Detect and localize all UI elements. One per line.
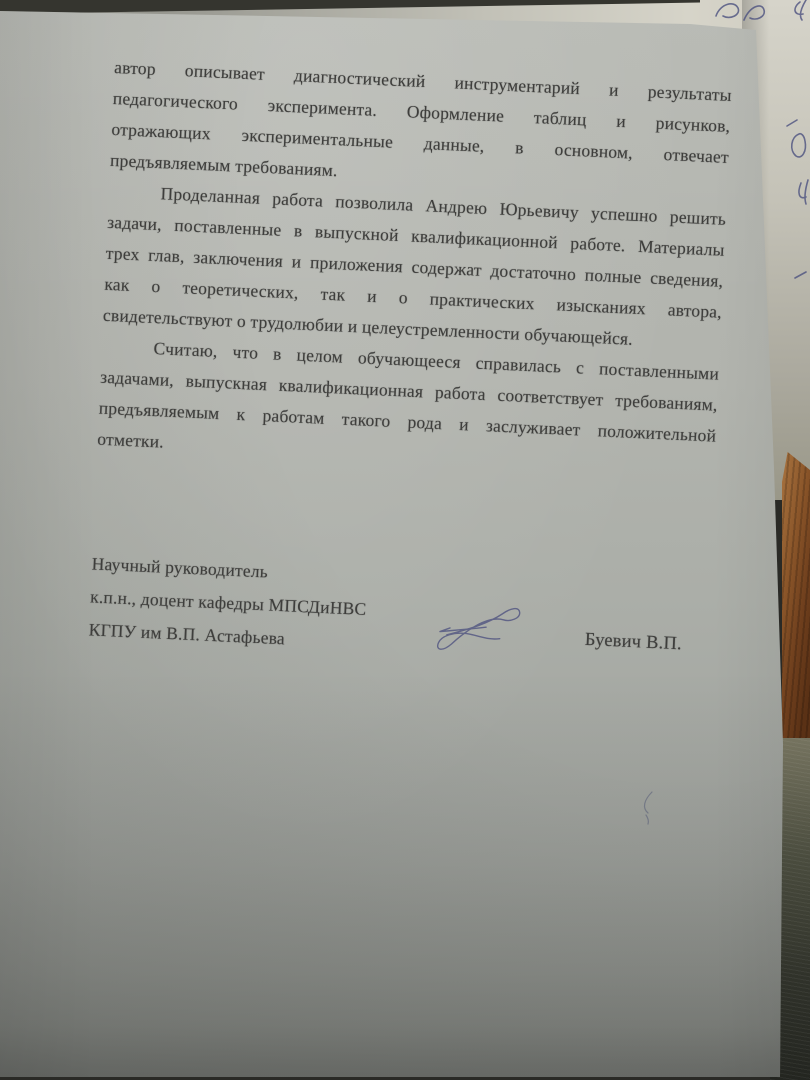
paragraph: Проделанная работа позволила Андрею Юрье… [102, 176, 726, 359]
wooden-desk [782, 452, 810, 752]
stray-ink-path [645, 792, 652, 824]
typed-text-block: автор описывает диагностический инструме… [97, 52, 733, 483]
signer-name: Буевич В.П. [584, 625, 682, 660]
photo-scene: автор описывает диагностический инструме… [0, 0, 810, 1080]
document-page: автор описывает диагностический инструме… [0, 0, 810, 1080]
stray-ink-mark [630, 780, 670, 830]
